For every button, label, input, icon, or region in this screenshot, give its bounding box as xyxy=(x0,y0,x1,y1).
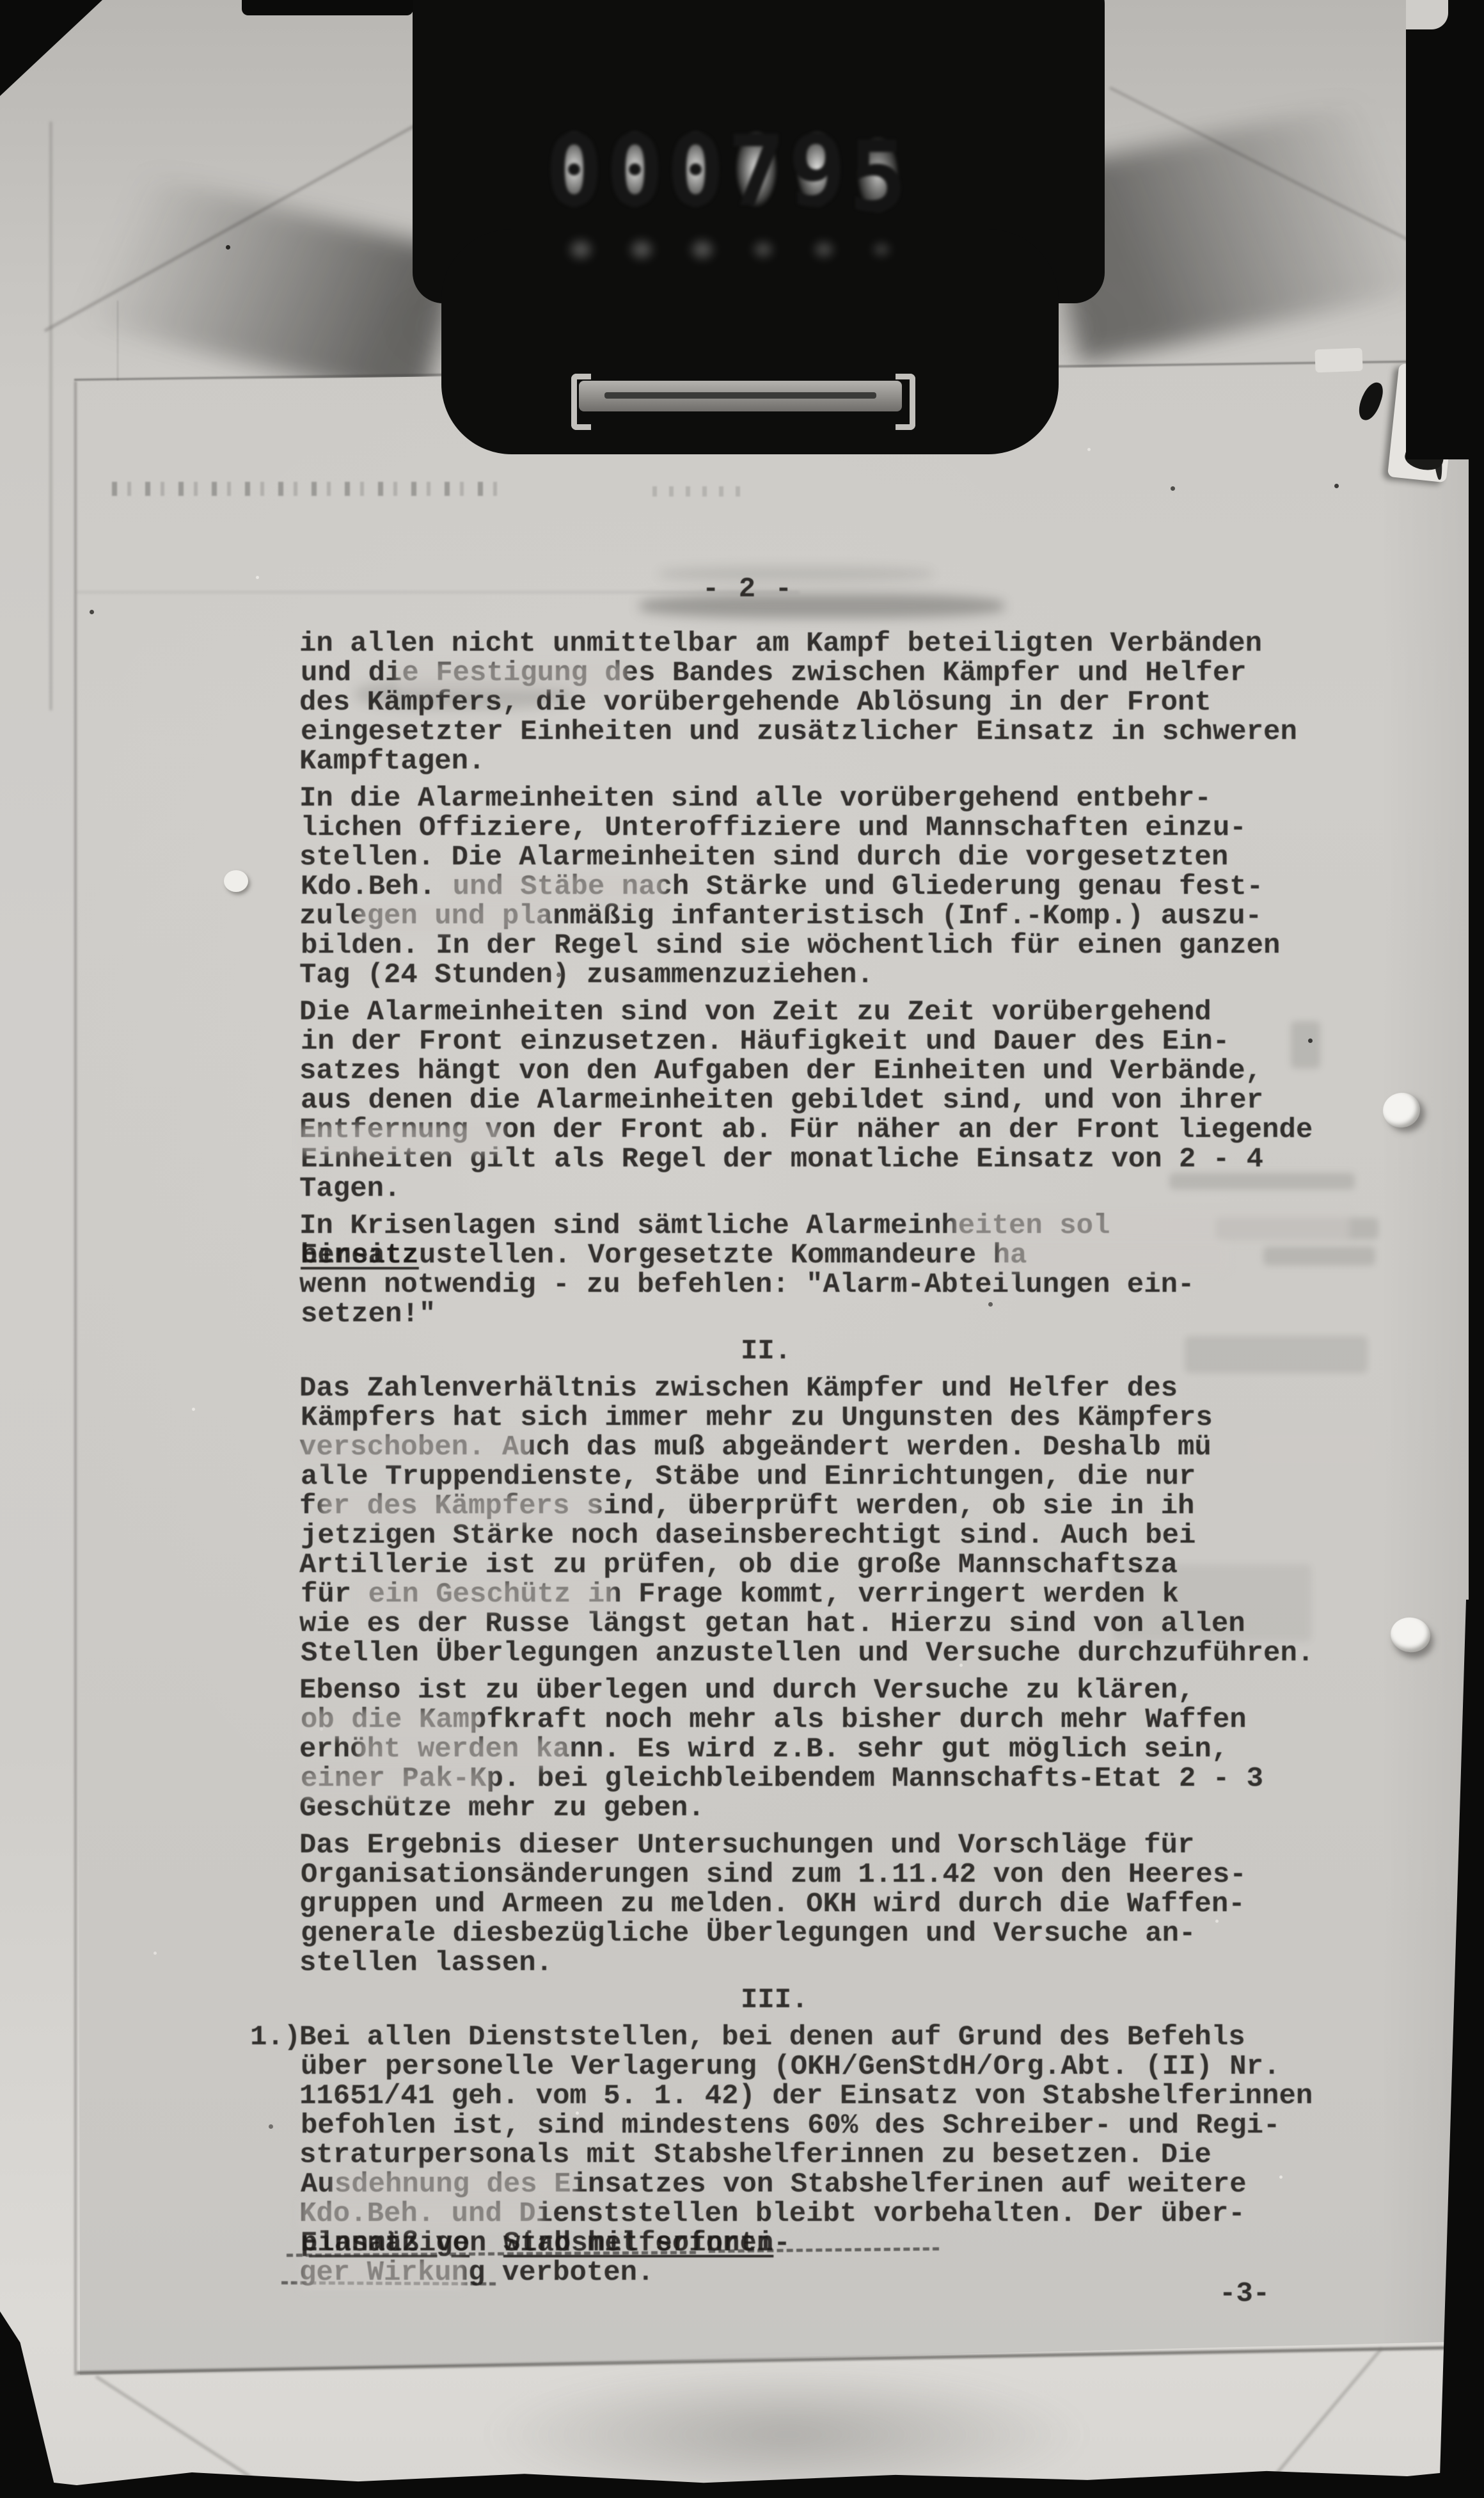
text-line: alle Truppendienste, Stäbe und Einrichtu… xyxy=(301,1462,1388,1492)
paragraph: Das Ergebnis dieser Untersuchungen und V… xyxy=(299,1831,1387,1978)
faded-area xyxy=(448,874,665,903)
ink-smudge xyxy=(640,594,1004,618)
text-line: Tagen. xyxy=(299,1174,1387,1204)
counter-digit: 0 xyxy=(544,107,604,235)
ink-smudge xyxy=(659,566,934,582)
text-line: Tag (24 Stunden) zusammenzuziehen. xyxy=(299,960,1387,990)
faded-area xyxy=(358,903,550,933)
text-line: Artillerie ist zu prüfen, ob die große M… xyxy=(299,1550,1387,1580)
counter-digit: 7 xyxy=(726,107,787,235)
faded-area xyxy=(299,2259,466,2291)
text-line: lichen Offiziere, Unteroffiziere und Man… xyxy=(301,813,1388,843)
faded-area xyxy=(299,1710,478,1739)
text-line: Kämpfers hat sich immer mehr zu Ungunste… xyxy=(301,1403,1388,1433)
text-line: in allen nicht unmittelbar am Kampf bete… xyxy=(299,629,1387,658)
text-line: Das Ergebnis dieser Untersuchungen und V… xyxy=(299,1831,1387,1860)
faded-stamp-marks xyxy=(652,486,748,497)
faded-area xyxy=(333,2170,576,2200)
text-line: befohlen ist, sind mindestens 60% des Sc… xyxy=(301,2111,1388,2140)
text-line: Die Alarmeinheiten sind von Zeit zu Zeit… xyxy=(299,998,1387,1027)
faded-area xyxy=(998,1241,1228,1272)
page-left-edge xyxy=(74,381,77,2375)
dust-specks xyxy=(90,610,94,614)
text-line: wenn notwendig - zu befehlen: "Alarm-Abt… xyxy=(299,1270,1387,1300)
text-line: Kampftagen. xyxy=(299,747,1387,776)
next-page-ref: -3- xyxy=(1219,2278,1270,2310)
text-line: in der Front einzusetzen. Häufigkeit und… xyxy=(301,1027,1388,1056)
text-line: des Kämpfers, die vorübergehende Ablösun… xyxy=(299,688,1387,717)
paragraph: in allen nicht unmittelbar am Kampf bete… xyxy=(299,629,1387,776)
faded-area xyxy=(320,1494,601,1523)
photo-edge xyxy=(242,0,413,15)
text-line: über personelle Verlagerung (OKH/GenStdH… xyxy=(301,2052,1388,2081)
fold-crease xyxy=(50,122,52,710)
faded-area xyxy=(299,1125,504,1154)
counter-slot xyxy=(604,392,876,399)
paper-corner xyxy=(1406,0,1448,29)
faded-area xyxy=(299,2200,542,2229)
text-line: eingesetzter Einheiten und zusätzlicher … xyxy=(301,717,1388,747)
faded-area xyxy=(397,662,627,692)
paper-hole-defect xyxy=(224,870,248,892)
text-line: jetzigen Stärke noch daseinsberechtigt s… xyxy=(301,1521,1388,1550)
text-line: bilden. In der Regel sind sie wöchentlic… xyxy=(301,931,1388,960)
counter-digit: 9 xyxy=(787,107,848,235)
text-line: aus denen die Alarmeinheiten gebildet si… xyxy=(301,1086,1388,1115)
counter-digit: 0 xyxy=(604,107,665,235)
text-line: Organisationsänderungen sind zum 1.11.42… xyxy=(301,1860,1388,1889)
text-line: straturpersonals mit Stabshelferinnen zu… xyxy=(299,2140,1387,2170)
faded-area xyxy=(953,1211,1350,1243)
text-line: Stellen Überlegungen anzustellen und Ver… xyxy=(301,1639,1388,1668)
counter-digit: 0 xyxy=(665,107,726,235)
archival-scan: - 2 - in allen nicht unmittelbar am Kamp… xyxy=(0,0,1484,2498)
list-marker: 1.) xyxy=(250,2023,301,2052)
bracket-mark xyxy=(896,374,915,430)
faded-area xyxy=(1247,1435,1375,1464)
text-line: wie es der Russe längst getan hat. Hierz… xyxy=(299,1609,1387,1639)
text-line: gruppen und Armeen zu melden. OKH wird d… xyxy=(299,1889,1387,1919)
text-line: stellen. Die Alarmeinheiten sind durch d… xyxy=(299,843,1387,872)
text-line: Ebenso ist zu überlegen und durch Versuc… xyxy=(299,1676,1387,1705)
photo-corner xyxy=(1406,0,1484,459)
counter-digits: 000795 xyxy=(544,107,915,235)
text-line: stellen lassen. xyxy=(299,1948,1387,1978)
page-number: - 2 - xyxy=(702,573,793,605)
paper-specks xyxy=(192,1408,195,1411)
text-line: In die Alarmeinheiten sind alle vorüberg… xyxy=(299,784,1387,813)
section-heading: II. xyxy=(299,1337,1387,1366)
faded-area xyxy=(358,1739,569,1769)
text-line: Bei allen Dienststellen, bei denen auf G… xyxy=(299,2023,1387,2052)
faded-area xyxy=(299,1433,530,1463)
section-heading: III. xyxy=(299,1985,1387,2015)
faded-area xyxy=(358,1582,614,1611)
faded-area xyxy=(299,1770,491,1799)
paragraph: Die Alarmeinheiten sind von Zeit zu Zeit… xyxy=(299,998,1387,1204)
text-line: 11651/41 geh. vom 5. 1. 42) der Einsatz … xyxy=(299,2081,1387,2111)
text-line: setzen!" xyxy=(301,1300,1388,1329)
text-line: Das Zahlenverhältnis zwischen Kämpfer un… xyxy=(299,1374,1387,1403)
page-crease xyxy=(77,591,800,593)
torn-paper-fragment xyxy=(1314,348,1362,373)
text-line: satzes hängt von den Aufgaben der Einhei… xyxy=(299,1056,1387,1086)
photo-edge xyxy=(1469,448,1484,1664)
bracket-mark xyxy=(571,374,591,430)
text-line: generale diesbezügliche Überlegungen und… xyxy=(301,1919,1388,1948)
counter-digit: 5 xyxy=(848,113,908,241)
faded-stamp-marks xyxy=(112,482,502,496)
